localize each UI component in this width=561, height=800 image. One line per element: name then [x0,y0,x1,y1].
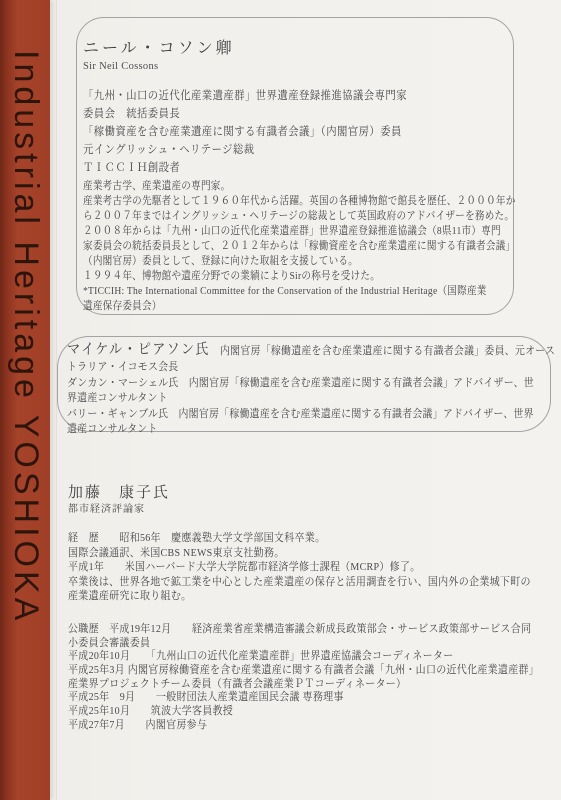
expert-line: ダンカン・マーシェル氏 内閣官房「稼働遺産を含む産業遺産に関する有識者会議」アド… [67,376,495,392]
public-career-line: 平成25年10月 筑波大学客員教授 [68,705,505,719]
bio-line: １９９４年、博物館や遺産分野での業績によりSirの称号を受けた。 [83,269,450,284]
cossons-profile-box: ニール・コソン卿 Sir Neil Cossons 「九州・山口の近代化産業遺産… [76,17,514,315]
career-line: 平成1年 米国ハーバード大学大学院都市経済学修士課程（MCRP）修了。 [68,560,505,575]
sidebar-red-band: Industrial Heritage YOSHIOKA [0,0,50,800]
title-line: 「九州・山口の近代化産業遺産群」世界遺産登録推進協議会専門家 [83,87,463,105]
career-line: 卒業後は、世界各地で鉱工業を中心とした産業遺産の保存と活用調査を行い、国内外の企… [68,575,505,590]
public-career-line: 平成27年7月 内閣官房参与 [68,719,505,733]
person-name-english: Sir Neil Cossons [83,60,505,73]
kato-section: 加藤 康子氏 都市経済評論家 経 歴 昭和56年 慶應義塾大学文学部国文科卒業。… [68,485,548,733]
title-list: 「九州・山口の近代化産業遺産群」世界遺産登録推進協議会専門家 委員会 統括委員長… [83,87,505,177]
title-line: 「稼働資産を含む産業遺産に関する有識者会議」（内閣官房）委員 [83,123,463,141]
career-line: 国際会議通訳、米国CBS NEWS東京支社勤務。 [68,546,505,561]
expert-role: 内閣官房「稼働遺産を含む産業遺産に関する有識者会議」委員、元オース [210,345,555,357]
bio-line: 産業考古学、産業遺産の専門家。 [83,179,450,194]
expert-line: マイケル・ピアソン氏 内閣官房「稼働遺産を含む産業遺産に関する有識者会議」委員、… [67,341,495,360]
bio-footnote-line: *TICCIH: The International Committee for… [83,284,450,299]
title-line: 元イングリッシュ・ヘリテージ総裁 [83,141,463,159]
public-career-line: 平成25年 9月 一般財団法人産業遺産国民会議 専務理事 [68,691,505,705]
sidebar-vertical-title: Industrial Heritage YOSHIOKA [6,50,46,624]
bio-line: ら２００７年まではイングリッシュ・ヘリテージの総裁として英国政府のアドバイザーを… [83,209,450,224]
bio-paragraph: 産業考古学、産業遺産の専門家。 産業考古学の先駆者として１９６０年代から活躍。英… [83,179,505,314]
public-career-line: 平成25年3月 内閣官房稼働資産を含む産業遺産に関する有識者会議「九州・山口の近… [68,664,505,678]
person-name-japanese: ニール・コソン卿 [83,40,505,58]
public-career-history: 公職歴 平成19年12月 経済産業省産業構造審議会新成長政策部会・サービス政策部… [68,623,548,733]
bio-line: 家委員会の統括委員長として、２０１２年からは「稼働資産を含む産業遺産に関する有識… [83,239,450,254]
bio-footnote-line: 遺産保存委員会） [83,299,450,314]
person-name-japanese: 加藤 康子氏 [68,485,548,501]
expert-line: 遺産コンサルタント [67,422,495,438]
experts-box: マイケル・ピアソン氏 内閣官房「稼働遺産を含む産業遺産に関する有識者会議」委員、… [57,336,551,432]
career-line: 経 歴 昭和56年 慶應義塾大学文学部国文科卒業。 [68,531,505,546]
bio-line: （内閣官房）委員として、登録に向けた取組を支援している。 [83,254,450,269]
career-history: 経 歴 昭和56年 慶應義塾大学文学部国文科卒業。 国際会議通訳、米国CBS N… [68,531,548,604]
expert-line: 界遺産コンサルタント [67,391,495,407]
public-career-line: 公職歴 平成19年12月 経済産業省産業構造審議会新成長政策部会・サービス政策部… [68,623,505,637]
public-career-line: 小委員会審議委員 [68,637,505,651]
document-page: Industrial Heritage YOSHIOKA ニール・コソン卿 Si… [0,0,561,800]
title-line: ＴＩＣＣＩＨ創設者 [83,159,463,177]
expert-line: トラリア・イコモス会長 [67,360,495,376]
person-occupation: 都市経済評論家 [68,504,548,516]
bio-line: ２００８年からは「九州・山口の近代化産業遺産群」世界遺産登録推進協議会（8県11… [83,224,450,239]
expert-name: マイケル・ピアソン氏 [67,342,210,358]
title-line: 委員会 統括委員長 [83,105,463,123]
expert-line: バリー・ギャンブル氏 内閣官房「稼働遺産を含む産業遺産に関する有識者会議」アドバ… [67,407,495,423]
public-career-line: 産業界プロジェクトチーム委員（有識者会議産業ＰＴコーディネーター） [68,678,505,692]
career-line: 産業遺産研究に取り組む。 [68,589,505,604]
bio-line: 産業考古学の先駆者として１９６０年代から活躍。英国の各種博物館で館長を歴任、２０… [83,194,450,209]
public-career-line: 平成20年10月 「九州山口の近代化産業遺産群」世界遺産協議会コーディネーター [68,650,505,664]
